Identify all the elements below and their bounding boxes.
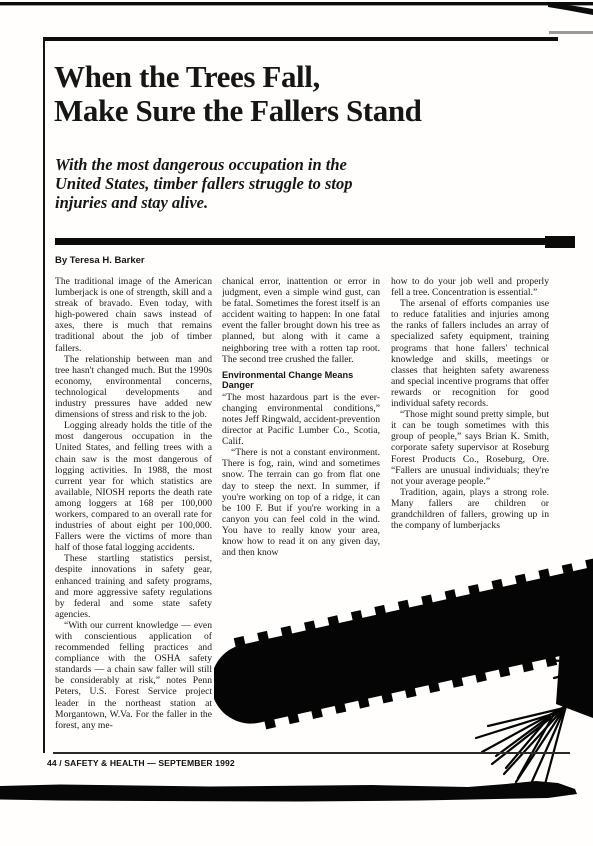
body-paragraph: Tradition, again, plays a strong role. M… (391, 487, 549, 531)
body-paragraph: These startling statistics persist, desp… (55, 553, 212, 620)
left-border-rule (43, 37, 45, 753)
body-paragraph: “The most hazardous part is the ever-cha… (222, 392, 380, 447)
body-column-3: how to do your job well and properly fel… (391, 276, 549, 567)
footer-credit: 44 / SAFETY & HEALTH — SEPTEMBER 1992 (47, 758, 235, 768)
body-column-1: The traditional image of the American lu… (55, 276, 212, 754)
article-subtitle: With the most dangerous occupation in th… (55, 155, 352, 212)
bottom-scan-bar (0, 781, 580, 805)
magazine-page: When the Trees Fall,Make Sure the Faller… (0, 0, 593, 846)
body-paragraph: The arsenal of efforts companies use to … (391, 298, 549, 409)
footer-rule (53, 752, 570, 754)
body-column-2: chanical error, inattention or error in … (222, 276, 380, 567)
scan-smudge (549, 31, 593, 34)
body-paragraph: Environmental Change Means Danger (222, 370, 380, 391)
body-paragraph: chanical error, inattention or error in … (222, 276, 380, 365)
body-paragraph: “There is not a constant environment. Th… (222, 447, 380, 558)
body-paragraph: The relationship between man and tree ha… (55, 354, 212, 421)
byline-rule-end-blob (545, 236, 575, 248)
top-scan-rule (0, 0, 593, 18)
header-rule (43, 37, 558, 41)
article-subtitle-line: injuries and stay alive. (55, 193, 352, 212)
article-subtitle-line: United States, timber fallers struggle t… (55, 174, 352, 193)
body-paragraph: “Those might sound pretty simple, but it… (391, 409, 549, 487)
body-paragraph: The traditional image of the American lu… (55, 276, 212, 354)
body-paragraph: “With our current knowledge — even with … (55, 620, 212, 731)
byline: By Teresa H. Barker (55, 255, 145, 266)
body-paragraph: Logging already holds the title of the m… (55, 420, 212, 553)
article-title: When the Trees Fall,Make Sure the Faller… (54, 60, 422, 128)
byline-rule (55, 238, 558, 245)
article-title-line: When the Trees Fall, (54, 60, 422, 94)
article-subtitle-line: With the most dangerous occupation in th… (55, 155, 352, 174)
article-title-line: Make Sure the Fallers Stand (54, 94, 422, 128)
chainsaw-illustration (214, 556, 593, 794)
body-paragraph: how to do your job well and properly fel… (391, 276, 549, 298)
